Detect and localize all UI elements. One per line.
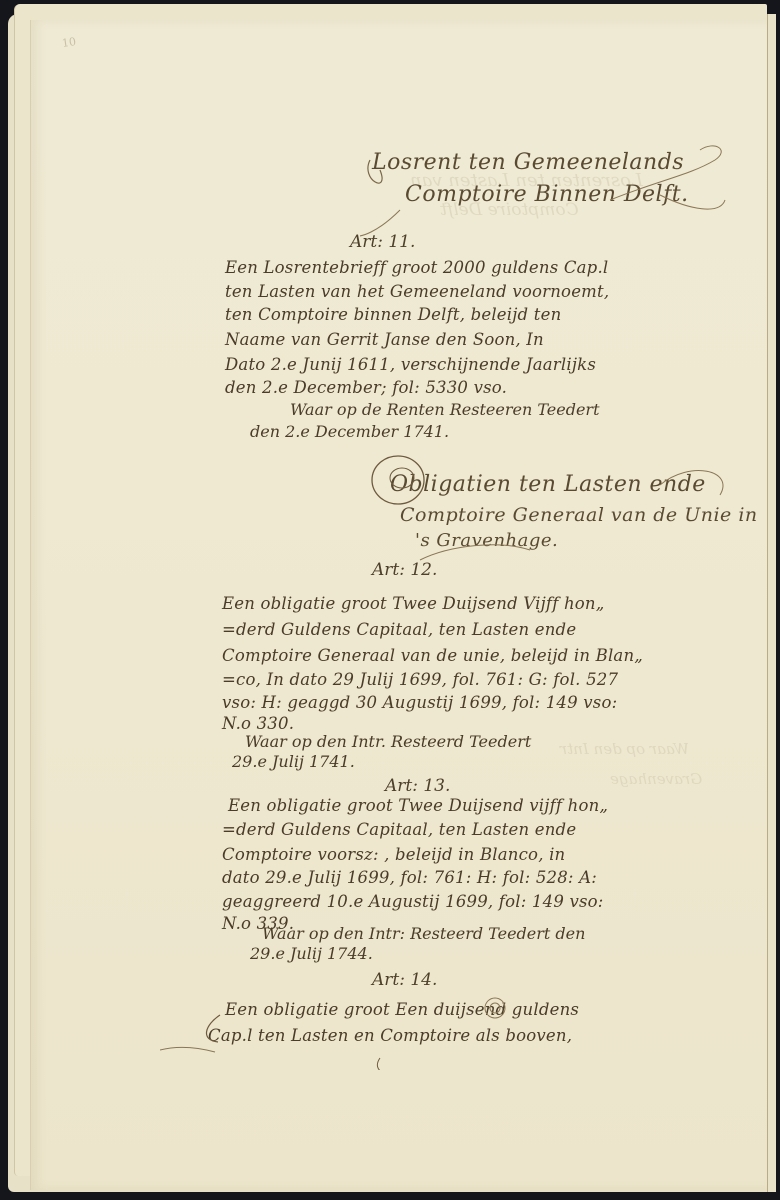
article-text-line: vso: H: geaggd 30 Augustij 1699, fol: 14… [222,693,617,712]
bleed-through-text: Gravenhage [610,770,702,788]
section-heading-line: 's Gravenhage. [415,530,558,551]
article-text-line: =derd Guldens Capitaal, ten Lasten ende [222,620,576,639]
article-label: Art: 12. [372,560,437,580]
article-label: Art: 13. [385,776,450,796]
article-label: Art: 11. [350,232,415,252]
article-text-line: dato 29.e Julij 1699, fol: 761: H: fol: … [222,868,597,887]
article-text-line: Cap.l ten Lasten en Comptoire als booven… [208,1026,572,1045]
article-text-line: ten Comptoire binnen Delft, beleijd ten [225,305,561,324]
page-number: 10 [61,35,77,50]
section-heading-line: Comptoire Binnen Delft. [405,182,689,207]
section-heading-line: Comptoire Generaal van de Unie in [400,504,758,526]
article-text-line: Comptoire Generaal van de unie, beleijd … [222,646,643,665]
article-text-line: =co, In dato 29 Julij 1699, fol. 761: G:… [222,670,618,689]
article-note-line: Waar op den Intr: Resteerd Teedert den [262,924,585,943]
bleed-through-text: Waar op den Intr [560,740,689,758]
binding-edge [767,14,776,1192]
article-text-line: Comptoire voorsz: , beleijd in Blanco, i… [222,845,565,864]
manuscript-scan: 10 Losrenten ten Lasten van Comptoire De… [0,0,780,1200]
article-label: Art: 14. [372,970,437,990]
article-text-line: =derd Guldens Capitaal, ten Lasten ende [222,820,576,839]
article-note-line: 29.e Julij 1741. [232,752,355,771]
article-text-line: Een obligatie groot Twee Duijsend vijff … [228,796,608,815]
article-text-line: Een obligatie groot Twee Duijsend Vijff … [222,594,604,613]
article-note-line: Waar op de Renten Resteeren Teedert [290,400,600,419]
article-note-line: den 2.e December 1741. [250,422,449,441]
article-text-line: Een Losrentebrieff groot 2000 guldens Ca… [225,258,608,277]
article-text-line: geaggreerd 10.e Augustij 1699, fol: 149 … [222,892,604,911]
article-note-line: 29.e Julij 1744. [250,944,373,963]
article-text-line: ten Lasten van het Gemeeneland voornoemt… [225,282,609,301]
article-text-line: Een obligatie groot Een duijsend guldens [225,1000,579,1019]
article-text-line: Dato 2.e Junij 1611, verschijnende Jaarl… [225,355,596,374]
article-text-line: Naame van Gerrit Janse den Soon, In [225,330,544,349]
article-text-line: N.o 330. [222,714,294,733]
article-text-line: den 2.e December; fol: 5330 vso. [225,378,507,397]
section-heading-line: Obligatien ten Lasten ende [390,472,706,497]
article-note-line: Waar op den Intr. Resteerd Teedert [245,732,531,751]
section-heading-line: Losrent ten Gemeenelands [372,150,684,175]
